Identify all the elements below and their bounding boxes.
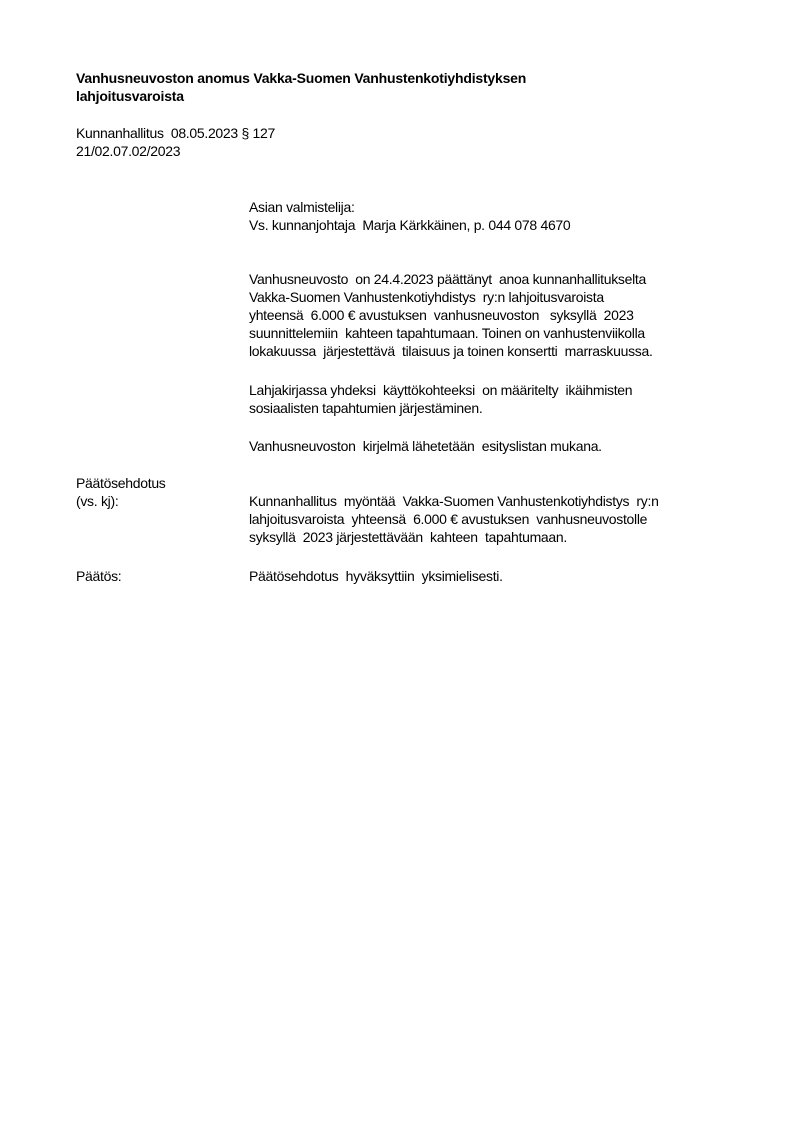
text-line: sosiaalisten tapahtumien järjestäminen. [249,399,749,417]
text-line: suunnittelemiin kahteen tapahtumaan. Toi… [249,324,749,342]
text-line: Päätösehdotus hyväksyttiin yksimielisest… [249,567,749,585]
document-title: Vanhusneuvoston anomus Vakka-Suomen Vanh… [76,69,696,105]
preparer-block: Asian valmistelija: Vs. kunnanjohtaja Ma… [249,198,749,234]
decision-label: Päätös: [76,567,121,585]
text-line: lokakuussa järjestettävä tilaisuus ja to… [249,342,749,360]
meeting-info: Kunnanhallitus 08.05.2023 § 127 21/02.07… [76,124,275,160]
label-line: (vs. kj): [76,492,166,510]
label-line: Päätös: [76,567,121,585]
text-line: Vanhusneuvoston kirjelmä lähetetään esit… [249,437,749,455]
case-number: 21/02.07.02/2023 [76,142,275,160]
paragraph-deed: Lahjakirjassa yhdeksi käyttökohteeksi on… [249,381,749,417]
meeting-reference: Kunnanhallitus 08.05.2023 § 127 [76,124,275,142]
title-line: Vanhusneuvoston anomus Vakka-Suomen Vanh… [76,69,696,87]
paragraph-background: Vanhusneuvosto on 24.4.2023 päättänyt an… [249,270,749,360]
preparer-label: Asian valmistelija: [249,198,749,216]
text-line: Vakka-Suomen Vanhustenkotiyhdistys ry:n … [249,288,749,306]
text-line: yhteensä 6.000 € avustuksen vanhusneuvos… [249,306,749,324]
proposal-text: Kunnanhallitus myöntää Vakka-Suomen Vanh… [249,492,749,546]
title-line: lahjoitusvaroista [76,87,696,105]
text-line: Kunnanhallitus myöntää Vakka-Suomen Vanh… [249,492,749,510]
text-line: syksyllä 2023 järjestettävään kahteen ta… [249,528,749,546]
preparer-name: Vs. kunnanjohtaja Marja Kärkkäinen, p. 0… [249,216,749,234]
label-line: Päätösehdotus [76,474,166,492]
decision-text: Päätösehdotus hyväksyttiin yksimielisest… [249,567,749,585]
text-line: Vanhusneuvosto on 24.4.2023 päättänyt an… [249,270,749,288]
proposal-label: Päätösehdotus (vs. kj): [76,474,166,510]
text-line: lahjoitusvaroista yhteensä 6.000 € avust… [249,510,749,528]
text-line: Lahjakirjassa yhdeksi käyttökohteeksi on… [249,381,749,399]
paragraph-attachment: Vanhusneuvoston kirjelmä lähetetään esit… [249,437,749,455]
